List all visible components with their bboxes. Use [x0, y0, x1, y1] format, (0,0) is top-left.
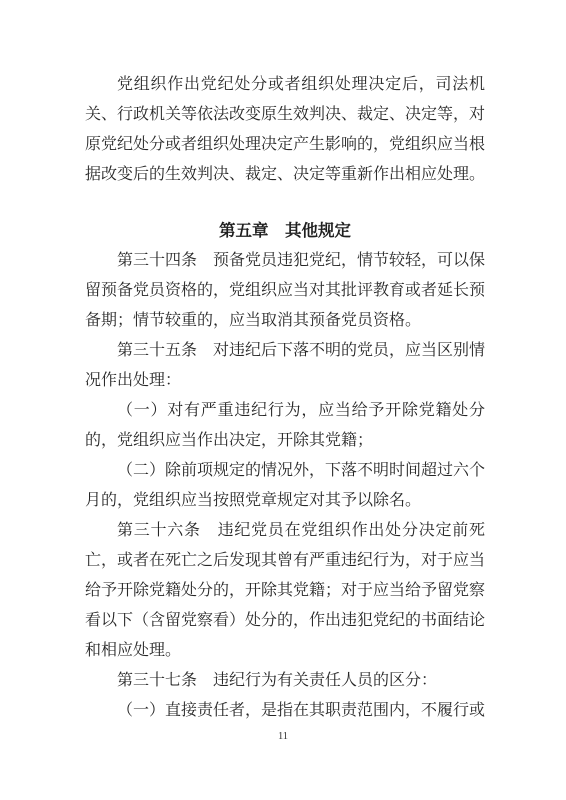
document-body: 党组织作出党纪处分或者组织处理决定后，司法机关、行政机关等依法改变原生效判决、裁…: [85, 70, 485, 726]
paragraph-article-35: 第三十五条 对违纪后下落不明的党员，应当区别情况作出处理：: [85, 336, 485, 396]
paragraph-article-34: 第三十四条 预备党员违犯党纪，情节较轻，可以保留预备党员资格的，党组织应当对其批…: [85, 246, 485, 336]
document-page: 党组织作出党纪处分或者组织处理决定后，司法机关、行政机关等依法改变原生效判决、裁…: [0, 0, 566, 800]
paragraph-intro: 党组织作出党纪处分或者组织处理决定后，司法机关、行政机关等依法改变原生效判决、裁…: [85, 70, 485, 190]
page-number: 11: [0, 730, 566, 744]
chapter-heading: 第五章 其他规定: [85, 216, 485, 246]
paragraph-article-35-item-2: （二）除前项规定的情况外，下落不明时间超过六个月的，党组织应当按照党章规定对其予…: [85, 456, 485, 516]
paragraph-article-36: 第三十六条 违纪党员在党组织作出处分决定前死亡，或者在死亡之后发现其曾有严重违纪…: [85, 516, 485, 666]
paragraph-article-37: 第三十七条 违纪行为有关责任人员的区分：: [85, 666, 485, 696]
paragraph-article-35-item-1: （一）对有严重违纪行为，应当给予开除党籍处分的，党组织应当作出决定，开除其党籍；: [85, 396, 485, 456]
paragraph-article-37-item-1: （一）直接责任者，是指在其职责范围内，不履行或: [85, 696, 485, 726]
